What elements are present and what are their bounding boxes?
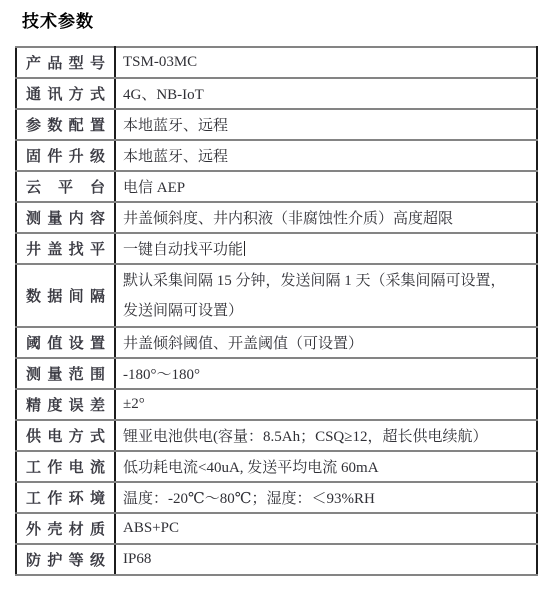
spec-table-body: 产品型号TSM-03MC通讯方式4G、NB-IoT参数配置本地蓝牙、远程固件升级… <box>16 47 537 575</box>
param-label: 外壳材质 <box>16 513 115 544</box>
param-label: 数据间隔 <box>16 264 115 327</box>
table-row: 通讯方式4G、NB-IoT <box>16 78 537 109</box>
table-row: 工作电流低功耗电流<40uA, 发送平均电流 60mA <box>16 451 537 482</box>
param-label: 产品型号 <box>16 47 115 78</box>
table-row: 工作环境温度：-20℃～80℃；湿度：＜93%RH <box>16 482 537 513</box>
table-row: 测量范围-180°～180° <box>16 358 537 389</box>
param-value-text: 4G、NB-IoT <box>123 87 204 103</box>
param-value-text: 温度：-20℃～80℃；湿度：＜93%RH <box>123 491 375 507</box>
param-value-text: 锂亚电池供电(容量：8.5Ah；CSQ≥12，超长供电续航） <box>123 429 488 445</box>
param-label: 固件升级 <box>16 140 115 171</box>
param-value-text: ABS+PC <box>123 520 179 536</box>
param-value-text: 本地蓝牙、远程 <box>123 118 228 134</box>
param-label: 参数配置 <box>16 109 115 140</box>
param-value-text: -180°～180° <box>123 367 200 383</box>
param-label: 精度误差 <box>16 389 115 420</box>
param-label: 工作环境 <box>16 482 115 513</box>
table-row: 云平台电信 AEP <box>16 171 537 202</box>
param-label: 井盖找平 <box>16 233 115 264</box>
param-value-text: 井盖倾斜度、井内积液（非腐蚀性介质）高度超限 <box>123 211 453 227</box>
param-value-text: 一键自动找平功能 <box>123 242 243 258</box>
table-row: 外壳材质ABS+PC <box>16 513 537 544</box>
param-value: ABS+PC <box>115 513 537 544</box>
page: 技术参数 产品型号TSM-03MC通讯方式4G、NB-IoT参数配置本地蓝牙、远… <box>0 0 558 576</box>
param-value: 一键自动找平功能 <box>115 233 537 264</box>
param-value: TSM-03MC <box>115 47 537 78</box>
param-value-text: TSM-03MC <box>123 54 197 70</box>
param-value-text: ±2° <box>123 396 145 412</box>
table-row: 产品型号TSM-03MC <box>16 47 537 78</box>
param-value-text: 本地蓝牙、远程 <box>123 149 228 165</box>
param-value-text: 低功耗电流<40uA, 发送平均电流 60mA <box>123 460 379 476</box>
param-value: 4G、NB-IoT <box>115 78 537 109</box>
param-value: 本地蓝牙、远程 <box>115 109 537 140</box>
param-value: IP68 <box>115 544 537 575</box>
table-row: 防护等级IP68 <box>16 544 537 575</box>
table-row: 井盖找平一键自动找平功能 <box>16 233 537 264</box>
param-value: 温度：-20℃～80℃；湿度：＜93%RH <box>115 482 537 513</box>
table-row: 测量内容井盖倾斜度、井内积液（非腐蚀性介质）高度超限 <box>16 202 537 233</box>
param-value-text: IP68 <box>123 551 151 567</box>
param-label: 供电方式 <box>16 420 115 451</box>
param-value-text: 井盖倾斜阈值、开盖阈值（可设置） <box>123 336 363 352</box>
param-label: 防护等级 <box>16 544 115 575</box>
param-value: 井盖倾斜阈值、开盖阈值（可设置） <box>115 327 537 358</box>
param-value: 默认采集间隔 15 分钟，发送间隔 1 天（采集间隔可设置， 发送间隔可设置） <box>115 264 537 327</box>
param-label: 工作电流 <box>16 451 115 482</box>
table-row: 数据间隔默认采集间隔 15 分钟，发送间隔 1 天（采集间隔可设置， 发送间隔可… <box>16 264 537 327</box>
param-label: 通讯方式 <box>16 78 115 109</box>
param-value: 本地蓝牙、远程 <box>115 140 537 171</box>
table-row: 阈值设置井盖倾斜阈值、开盖阈值（可设置） <box>16 327 537 358</box>
table-row: 供电方式锂亚电池供电(容量：8.5Ah；CSQ≥12，超长供电续航） <box>16 420 537 451</box>
table-row: 精度误差±2° <box>16 389 537 420</box>
table-row: 固件升级本地蓝牙、远程 <box>16 140 537 171</box>
spec-table: 产品型号TSM-03MC通讯方式4G、NB-IoT参数配置本地蓝牙、远程固件升级… <box>15 46 538 576</box>
param-label: 测量范围 <box>16 358 115 389</box>
param-label: 阈值设置 <box>16 327 115 358</box>
param-value: 电信 AEP <box>115 171 537 202</box>
param-value-text: 默认采集间隔 15 分钟，发送间隔 1 天（采集间隔可设置， 发送间隔可设置） <box>123 273 506 319</box>
page-title: 技术参数 <box>22 11 558 33</box>
param-value: ±2° <box>115 389 537 420</box>
param-label: 测量内容 <box>16 202 115 233</box>
param-label: 云平台 <box>16 171 115 202</box>
param-value: 井盖倾斜度、井内积液（非腐蚀性介质）高度超限 <box>115 202 537 233</box>
param-value: 锂亚电池供电(容量：8.5Ah；CSQ≥12，超长供电续航） <box>115 420 537 451</box>
param-value: -180°～180° <box>115 358 537 389</box>
text-cursor <box>244 241 245 256</box>
table-row: 参数配置本地蓝牙、远程 <box>16 109 537 140</box>
param-value: 低功耗电流<40uA, 发送平均电流 60mA <box>115 451 537 482</box>
param-value-text: 电信 AEP <box>123 180 185 196</box>
